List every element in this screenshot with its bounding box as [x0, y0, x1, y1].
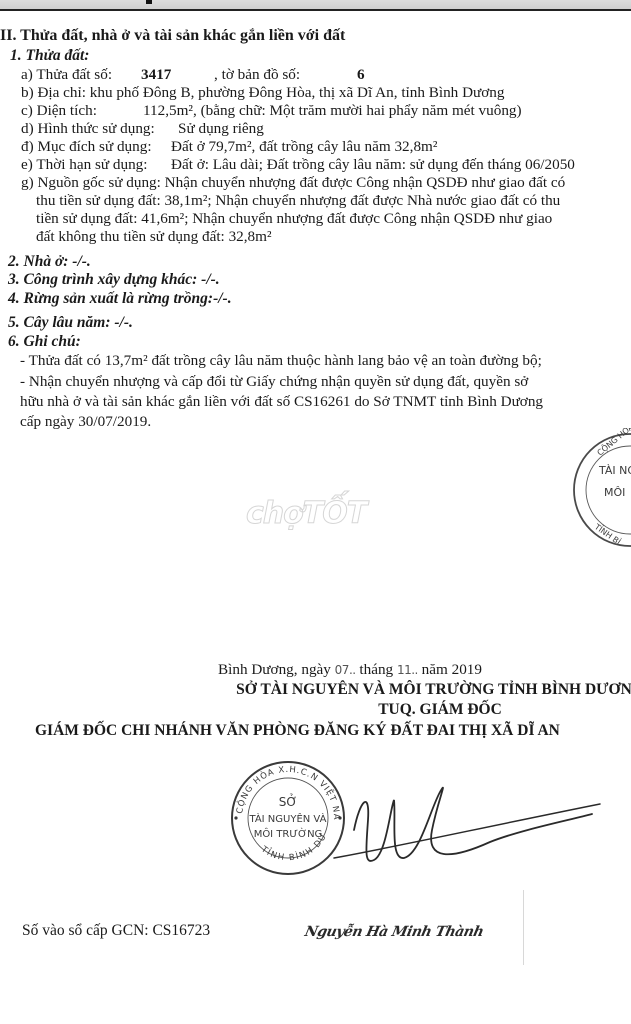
map-sheet-number: 6	[357, 66, 365, 84]
usage-purpose-label: đ) Mục đích sử dụng:	[21, 138, 152, 155]
origin-line-2: thu tiền sử dụng đất: 38,1m²; Nhận chuyể…	[36, 192, 560, 210]
sign-day: 07	[335, 663, 349, 677]
land-certificate-page: II. Thửa đất, nhà ở và tài sản khác gắn …	[0, 0, 631, 1024]
side-stamp-seal: CỘNG HÒA X. TÀI NG MÔI TỈNH BÌ	[568, 428, 631, 554]
planted-forest-heading: 4. Rừng sản xuất là rừng trồng:	[8, 290, 213, 307]
registry-label: Số vào sổ cấp GCN:	[22, 922, 149, 939]
note-line-2: - Nhận chuyển nhượng và cấp đổi từ Giấy …	[20, 373, 528, 391]
side-stamp-line1: TÀI NG	[598, 464, 631, 477]
house-row: 2. Nhà ở: -/-.	[8, 253, 91, 271]
side-stamp-line2: MÔI	[604, 486, 625, 499]
registry-number: CS16723	[152, 922, 210, 939]
registry-row: Số vào sổ cấp GCN: CS16723	[22, 922, 210, 940]
stamp-line1: SỞ	[279, 793, 298, 809]
usage-term-row: e) Thời hạn sử dụng: Đất ở: Lâu dài; Đất…	[21, 156, 148, 174]
usage-purpose-value: Đất ở 79,7m², đất trồng cây lâu năm 32,8…	[171, 138, 437, 156]
scan-artifact-line	[523, 890, 524, 965]
perennial-trees-value: -/-.	[114, 314, 133, 331]
handwritten-signature	[330, 770, 630, 880]
usage-term-value: Đất ở: Lâu dài; Đất trồng cây lâu năm: s…	[171, 156, 575, 174]
note-line-1: - Thửa đất có 13,7m² đất trồng cây lâu n…	[20, 352, 542, 370]
perennial-trees-heading: 5. Cây lâu năm:	[8, 314, 110, 331]
year-label: năm 2019	[422, 661, 482, 678]
land-heading: 1. Thửa đất:	[10, 47, 89, 65]
origin-row: g) Nguồn gốc sử dụng: Nhận chuyển nhượng…	[21, 174, 565, 192]
map-sheet-label: , tờ bản đồ số:	[214, 66, 300, 84]
stamp-line2: TÀI NGUYÊN VÀ	[249, 812, 327, 825]
area-label: c) Diện tích:	[21, 102, 97, 119]
issuing-authority: SỞ TÀI NGUYÊN VÀ MÔI TRƯỜNG TỈNH BÌNH DƯ…	[0, 681, 631, 699]
chotot-watermark: chợTỐT	[246, 496, 366, 531]
place-date-row: Bình Dương, ngày 07.. tháng 11.. năm 201…	[218, 661, 482, 679]
usage-term-label: e) Thời hạn sử dụng:	[21, 156, 148, 173]
origin-label: g) Nguồn gốc sử dụng:	[21, 174, 161, 191]
sign-month: 11	[397, 663, 411, 677]
planted-forest-row: 4. Rừng sản xuất là rừng trồng:-/-.	[8, 290, 232, 308]
origin-line-3: tiền sử dụng đất: 41,6m²; Nhận chuyển nh…	[36, 210, 552, 228]
usage-form-row: d) Hình thức sử dụng: Sử dụng riêng	[21, 120, 155, 138]
house-value: -/-.	[72, 253, 91, 270]
address-row: b) Địa chỉ: khu phố Đông B, phường Đông …	[21, 84, 505, 102]
origin-line-4: đất không thu tiền sử dụng đất: 32,8m²	[36, 228, 272, 246]
note-line-3: hữu nhà ở và tài sản khác gắn liền với đ…	[20, 393, 543, 411]
on-behalf-title: TUQ. GIÁM ĐỐC	[0, 701, 631, 719]
other-construction-row: 3. Công trình xây dựng khác: -/-.	[8, 271, 220, 289]
planted-forest-value: -/-.	[213, 290, 232, 307]
stamp-ring-top: CỘNG HÒA X.H.C.N VIỆT NAM	[228, 758, 341, 821]
area-value: 112,5m², (bằng chữ: Một trăm mười hai ph…	[143, 102, 522, 120]
svg-text:CỘNG HÒA X.H.C.N VIỆT NAM: CỘNG HÒA X.H.C.N VIỆT NAM	[228, 758, 341, 821]
place-date-prefix: Bình Dương, ngày	[218, 661, 331, 678]
signer-position: GIÁM ĐỐC CHI NHÁNH VĂN PHÒNG ĐĂNG KÝ ĐẤT…	[35, 722, 560, 740]
notes-heading: 6. Ghi chú:	[8, 333, 81, 351]
month-label: tháng	[359, 661, 393, 678]
signer-name: Nguyễn Hà Minh Thành	[303, 924, 485, 940]
address-label: b) Địa chỉ:	[21, 84, 86, 101]
origin-line-1: Nhận chuyển nhượng đất được Công nhận QS…	[165, 174, 566, 191]
address-value: khu phố Đông B, phường Đông Hòa, thị xã …	[90, 84, 505, 101]
other-construction-value: -/-.	[201, 271, 220, 288]
side-stamp-ring-bottom: TỈNH BÌ	[592, 520, 623, 547]
stamp-line3: MÔI TRƯỜNG	[254, 827, 323, 840]
area-row: c) Diện tích: 112,5m², (bằng chữ: Một tr…	[21, 102, 97, 120]
usage-form-value: Sử dụng riêng	[178, 120, 264, 138]
note-line-4: cấp ngày 30/07/2019.	[20, 413, 151, 431]
usage-purpose-row: đ) Mục đích sử dụng: Đất ở 79,7m², đất t…	[21, 138, 152, 156]
perennial-trees-row: 5. Cây lâu năm: -/-.	[8, 314, 133, 332]
parcel-label: a) Thửa đất số:	[21, 66, 112, 83]
parcel-row: a) Thửa đất số: 3417 , tờ bản đồ số: 6	[21, 66, 112, 84]
parcel-number: 3417	[141, 66, 171, 84]
other-construction-heading: 3. Công trình xây dựng khác:	[8, 271, 197, 288]
section-title: II. Thửa đất, nhà ở và tài sản khác gắn …	[0, 27, 345, 45]
house-heading: 2. Nhà ở:	[8, 253, 68, 270]
usage-form-label: d) Hình thức sử dụng:	[21, 120, 155, 137]
